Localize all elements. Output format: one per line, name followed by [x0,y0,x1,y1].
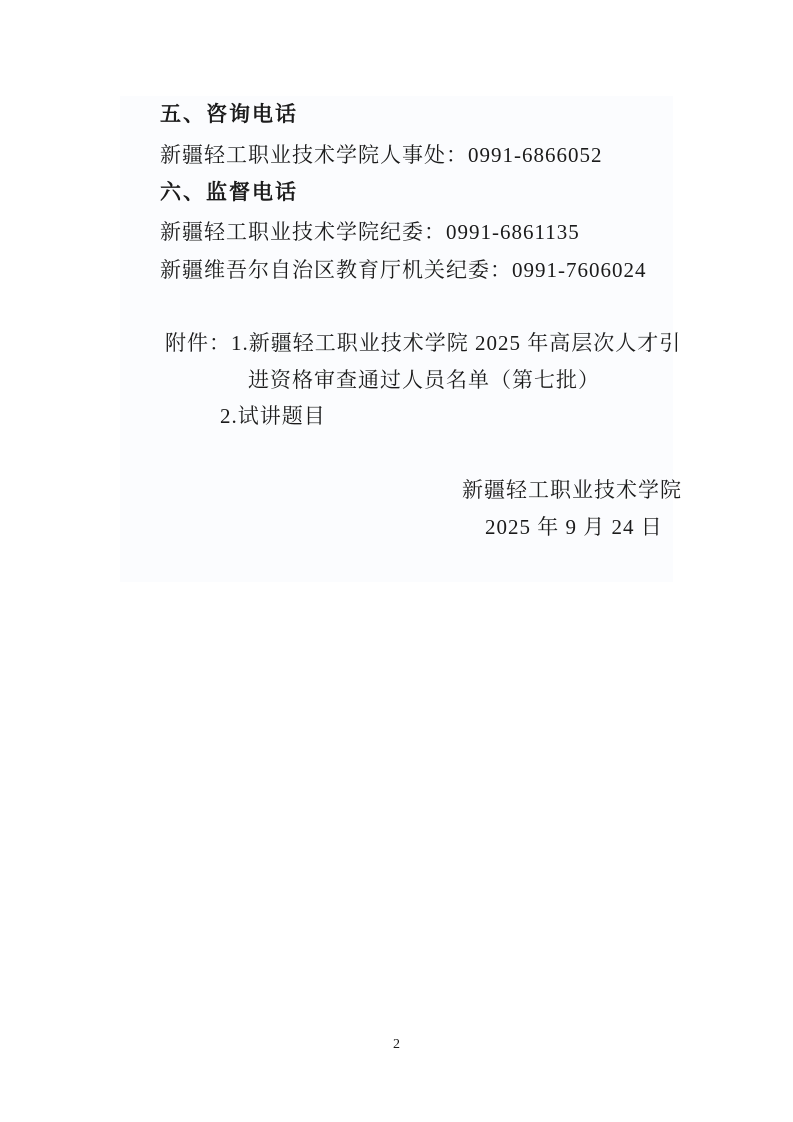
document-page: 五、咨询电话 新疆轻工职业技术学院人事处：0991-6866052 六、监督电话… [0,0,793,1122]
attachment-line-1: 附件：1.新疆轻工职业技术学院 2025 年高层次人才引 [165,331,681,355]
attachment-line-2: 2.试讲题目 [220,404,326,428]
consult-phone-line: 新疆轻工职业技术学院人事处：0991-6866052 [160,143,603,167]
section-heading-consult-phone: 五、咨询电话 [160,103,298,127]
attachment-line-1-continuation: 进资格审查通过人员名单（第七批） [248,368,600,392]
page-number: 2 [0,1037,793,1053]
supervise-phone-line-college: 新疆轻工职业技术学院纪委：0991-6861135 [160,220,580,244]
section-heading-supervise-phone: 六、监督电话 [160,181,298,205]
signature-date: 2025 年 9 月 24 日 [485,515,663,539]
signature-organization: 新疆轻工职业技术学院 [462,478,682,502]
supervise-phone-line-education-dept: 新疆维吾尔自治区教育厅机关纪委：0991-7606024 [160,258,647,282]
